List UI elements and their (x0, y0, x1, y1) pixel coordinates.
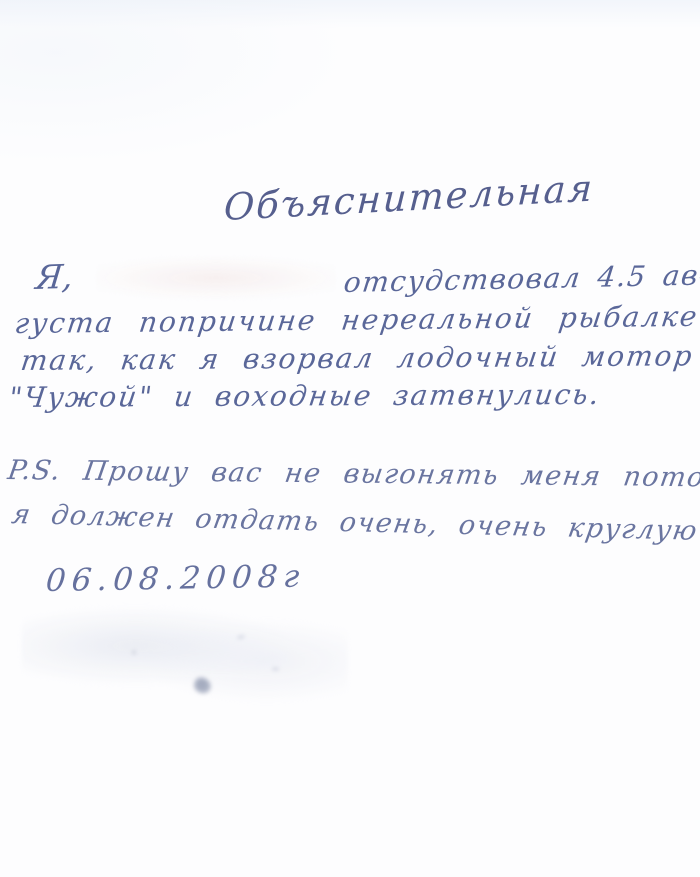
note-title: Объяснительная (223, 167, 595, 230)
ink-speck (237, 635, 245, 639)
ink-speck (132, 651, 136, 654)
postscript-line1: P.S. Прошу вас не выгонять меня потомучт… (6, 455, 700, 494)
body-line1-text: отсудствовал 4.5 ав- (342, 258, 700, 299)
body-line1-pronoun: Я, (34, 257, 75, 297)
ink-spot (192, 675, 214, 696)
handwritten-note-page: Объяснительная Я, отсудствовал 4.5 ав- г… (0, 0, 700, 877)
erased-name-patch (96, 256, 336, 300)
date-line: 06.08.2008г (44, 558, 306, 599)
postscript-line2: я должен отдать очень, очень круглую сум… (9, 499, 700, 550)
body-line3-text: так, как я взорвал лодочный мотор (19, 339, 696, 377)
body-line4-text: "Чужой" и воходные затвнулись. (7, 378, 603, 414)
erased-signature-patch (22, 606, 348, 706)
ink-speck (272, 668, 279, 670)
body-line2-text: густа попричине нереальной рыбалке (13, 300, 700, 340)
